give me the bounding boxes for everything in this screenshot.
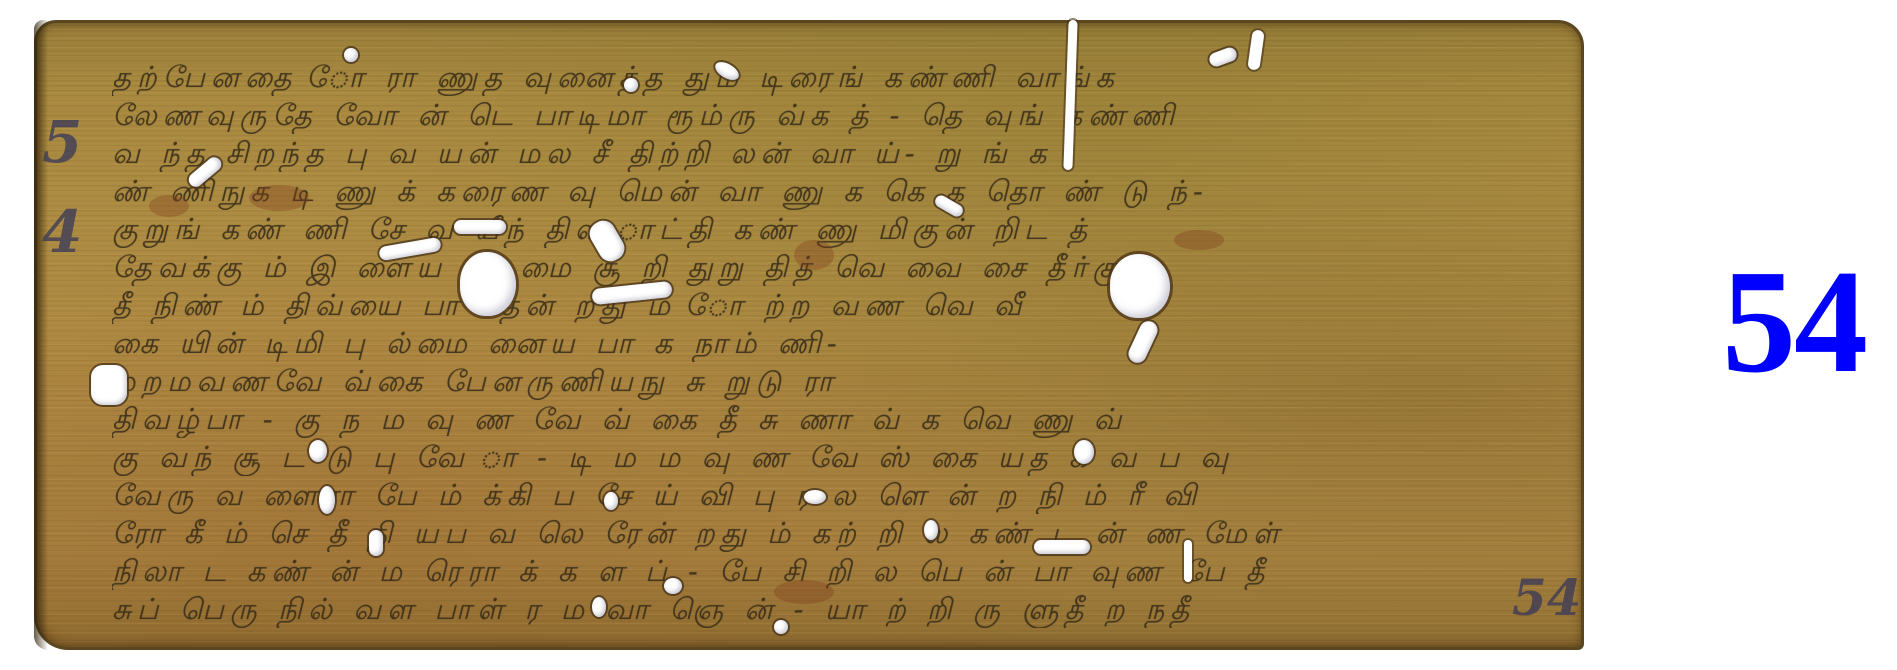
insect-damage	[804, 490, 826, 504]
text-line: லேணவுருதே வோ ன் டெ பாடிமா ரூம்ரு வ்க த் …	[112, 96, 1542, 134]
text-line: வ ந்த சிறந்த பு வ யன் மல சீ திற்றி லன் வ…	[112, 134, 1542, 172]
text-line: கு வந் சூ ட டு பு வே ா - டி ம ம வு ண வே …	[112, 438, 1542, 476]
crack	[1184, 540, 1192, 582]
text-line: ண் ணிநுக டி ணு க் கரைண வு மென் வா ணு க க…	[112, 172, 1542, 210]
text-line: மறமவணவே வ்கை பேனருணியநு சு றுடு ரா	[112, 362, 1542, 400]
string-hole-right	[1110, 254, 1170, 318]
insect-damage	[344, 48, 358, 62]
stain	[249, 185, 309, 211]
text-line: கை யின் டிமி பு ல்மை னைய பா க நாம் ணி-	[112, 324, 1542, 362]
insect-damage	[91, 365, 127, 405]
stain	[1174, 230, 1224, 250]
text-line: தீ நிண் ம் திவ்யை பா தேன் றது ம் ோ ற்ற வ…	[112, 286, 1542, 324]
insect-damage	[369, 530, 383, 556]
insect-damage	[604, 492, 618, 510]
insect-damage	[664, 578, 682, 594]
insect-damage	[624, 78, 638, 92]
insect-damage	[924, 520, 938, 540]
insect-damage	[1074, 440, 1094, 464]
manuscript-text: தற்பேனதை ோ ரா ணுத வுனைத்த தும் டிரைங் கண…	[112, 58, 1542, 628]
insect-damage	[1034, 540, 1090, 554]
text-line: குறுங் கண் ணி சே வ யீந் திள ாட்தி கண் ணு…	[112, 210, 1542, 248]
insect-damage	[774, 620, 788, 634]
insect-damage	[319, 486, 335, 514]
margin-number-left-top: 5	[42, 108, 82, 176]
palm-leaf-folio: 5 4 54 தற்பேனதை ோ ரா ணுத வுனைத்த தும் டி…	[34, 20, 1584, 650]
stain	[794, 240, 834, 270]
margin-number-left-bottom: 4	[42, 198, 82, 266]
stain	[149, 195, 189, 217]
insect-damage	[454, 220, 506, 234]
insect-damage	[309, 440, 327, 462]
text-line: ரோ கீ ம் செ தீ நி யப வ லெ ரேன் றது ம் கற…	[112, 514, 1542, 552]
stain	[774, 580, 834, 604]
text-line: திவழ்பா - கு ந ம வு ண வே வ் கை தீ சு ணா …	[112, 400, 1542, 438]
insect-damage	[592, 597, 606, 617]
text-line: தற்பேனதை ோ ரா ணுத வுனைத்த தும் டிரைங் கண…	[112, 58, 1542, 96]
string-hole-left	[460, 252, 516, 316]
folio-page-number: 54	[1722, 248, 1866, 396]
